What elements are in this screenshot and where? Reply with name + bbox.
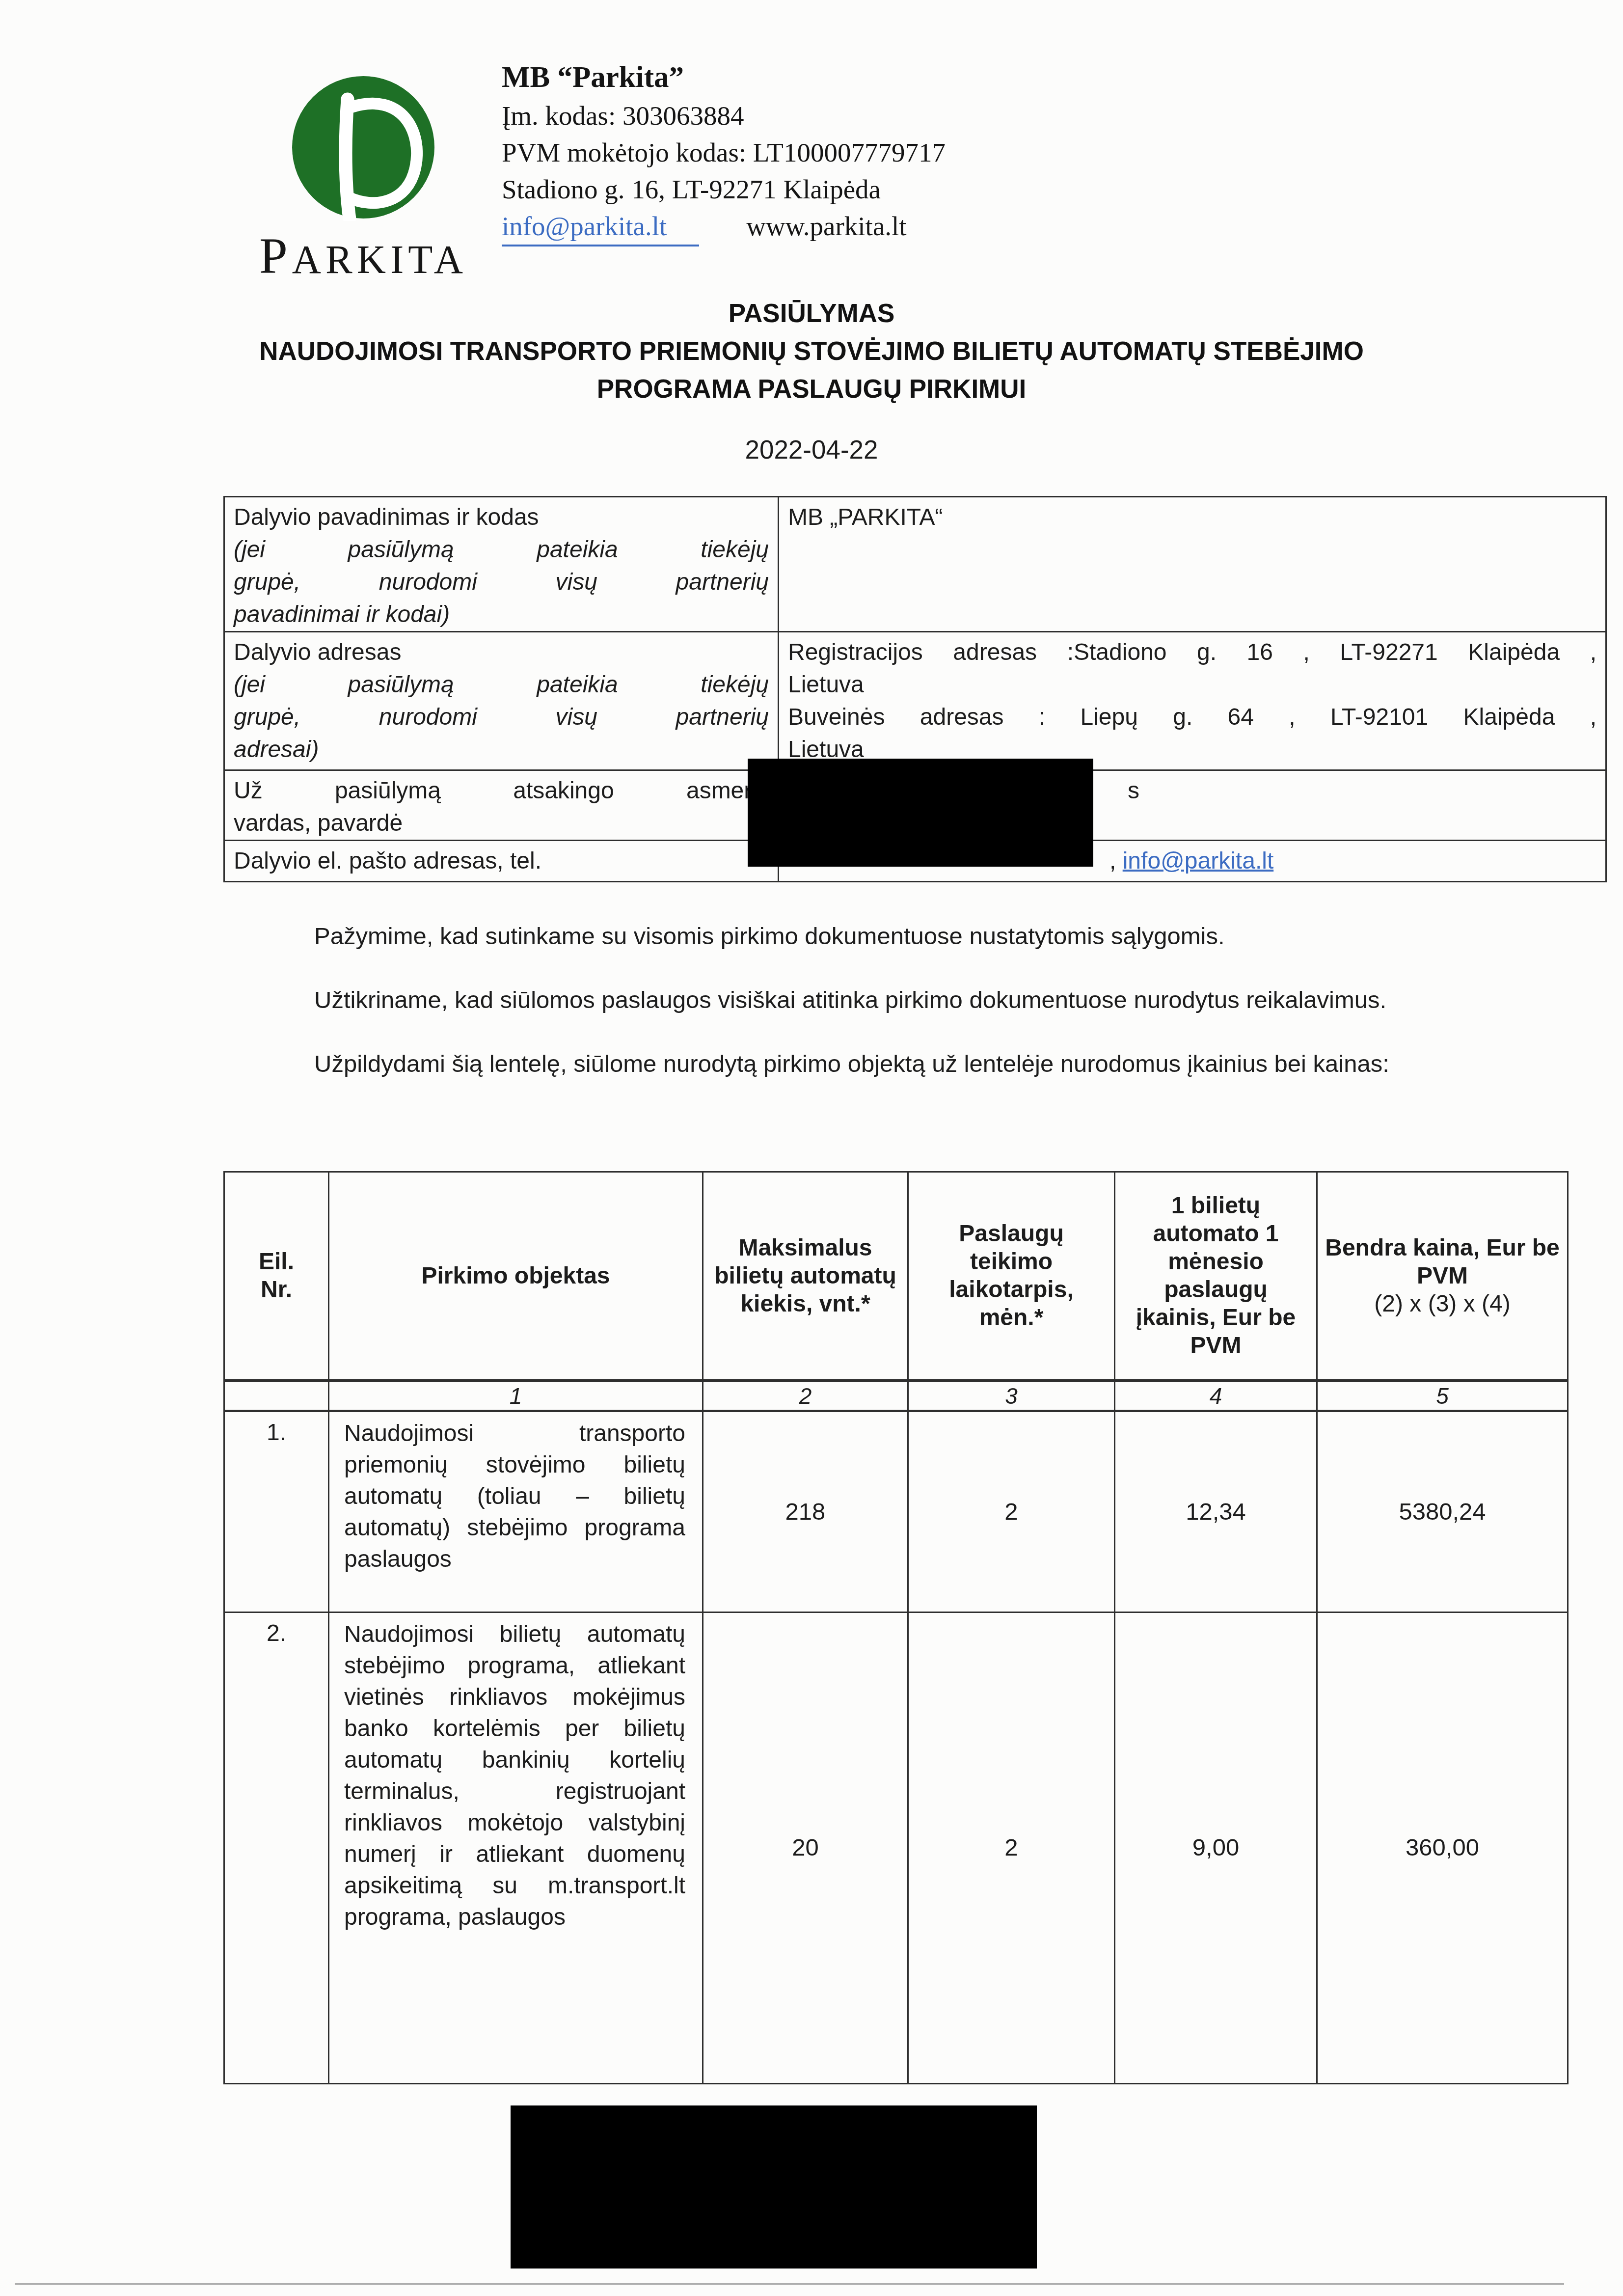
table-row: Dalyvio adresas (jei pasiūlymą pateikia … [224,632,1606,770]
redacted-name-remnant: s [1128,775,1139,807]
company-code: Įm. kodas: 303063884 [502,97,946,134]
header-bendra-kaina: Bendra kaina, Eur be PVM (2) x (3) x (4) [1317,1172,1568,1381]
participant-info-table: Dalyvio pavadinimas ir kodas (jei pasiūl… [223,496,1567,882]
col-number: 2 [703,1381,908,1411]
max-quantity: 20 [703,1612,908,2083]
header-laikotarpis: Paslaugų teikimo laikotarpis, mėn.* [908,1172,1115,1381]
header-pirkimo-objektas: Pirkimo objektas [329,1172,703,1381]
header-ikainis: 1 bilietų automato 1 mėnesio paslaugų įk… [1115,1172,1317,1381]
company-name: MB “Parkita” [502,58,946,97]
unit-price: 9,00 [1115,1612,1317,2083]
paragraph-assurance: Užtikriname, kad siūlomos paslaugos visi… [223,981,1555,1019]
table-row: Dalyvio pavadinimas ir kodas (jei pasiūl… [224,497,1606,632]
offer-table-header-row: Eil. Nr. Pirkimo objektas Maksimalus bil… [224,1172,1568,1381]
unit-price: 12,34 [1115,1411,1317,1612]
participant-name-label: Dalyvio pavadinimas ir kodas [234,501,769,534]
company-vat: PVM mokėtojo kodas: LT100007779717 [502,134,946,171]
header-maksimalus-kiekis: Maksimalus bilietų automatų kiekis, vnt.… [703,1172,908,1381]
company-email-link[interactable]: info@parkita.lt [502,208,699,246]
total-price: 360,00 [1317,1612,1568,2083]
row-number: 2. [224,1612,329,2083]
max-quantity: 218 [703,1411,908,1612]
doc-date: 2022-04-22 [0,435,1623,465]
service-period: 2 [908,1612,1115,2083]
scanned-proposal-page: PARKITA MB “Parkita” Įm. kodas: 30306388… [0,0,1623,2296]
offer-price-table: Eil. Nr. Pirkimo objektas Maksimalus bil… [223,1171,1567,2084]
doc-type: PASIŪLYMAS [79,295,1544,332]
scan-edge-line [15,2283,1564,2285]
redacted-email-remnant: , [1109,848,1116,874]
doc-subject-line2: PROGRAMA PASLAUGŲ PIRKIMUI [79,370,1544,408]
statement-paragraphs: Pažymime, kad sutinkame su visomis pirki… [223,917,1555,1109]
contact-label: Dalyvio el. pašto adresas, tel. [234,845,769,877]
col-number: 4 [1115,1381,1317,1411]
header-eil-nr: Eil. Nr. [224,1172,329,1381]
service-period: 2 [908,1411,1115,1612]
purchase-object: Naudojimosi transporto priemonių stovėji… [329,1411,703,1612]
column-number-row: 1 2 3 4 5 [224,1381,1568,1411]
paragraph-agreement: Pažymime, kad sutinkame su visomis pirki… [223,917,1555,956]
offer-row-2: 2. Naudojimosi bilietų automatų stebėjim… [224,1612,1568,2083]
redaction-box-contact [748,759,1093,867]
responsible-person-label: Už pasiūlymą atsakingo asmens [234,775,769,807]
participant-email-link[interactable]: info@parkita.lt [1123,848,1274,874]
company-address: Stadiono g. 16, LT-92271 Klaipėda [502,171,946,208]
document-title: PASIŪLYMAS NAUDOJIMOSI TRANSPORTO PRIEMO… [79,295,1544,408]
company-website: www.parkita.lt [746,208,906,245]
paragraph-table-intro: Užpildydami šią lentelę, siūlome nurodyt… [223,1045,1555,1083]
col-number: 3 [908,1381,1115,1411]
brand-wordmark: PARKITA [216,227,511,285]
participant-name-value: MB „PARKITA“ [788,501,1596,534]
total-price: 5380,24 [1317,1411,1568,1612]
doc-subject-line1: NAUDOJIMOSI TRANSPORTO PRIEMONIŲ STOVĖJI… [79,332,1544,370]
company-details: MB “Parkita” Įm. kodas: 303063884 PVM mo… [502,58,946,246]
participant-address-label: Dalyvio adresas [234,636,769,669]
row-number: 1. [224,1411,329,1612]
offer-row-1: 1. Naudojimosi transporto priemonių stov… [224,1411,1568,1612]
header-formula: (2) x (3) x (4) [1325,1290,1560,1318]
parkita-leaf-icon [290,74,437,221]
redaction-box-signature [511,2105,1037,2269]
col-number: 1 [329,1381,703,1411]
purchase-object: Naudojimosi bilietų automatų stebėjimo p… [329,1612,703,2083]
registration-address: Registracijos adresas :Stadiono g. 16 , … [788,636,1596,669]
company-logo: PARKITA [216,74,511,285]
col-number: 5 [1317,1381,1568,1411]
office-address: Buveinės adresas : Liepų g. 64 , LT-9210… [788,701,1596,734]
